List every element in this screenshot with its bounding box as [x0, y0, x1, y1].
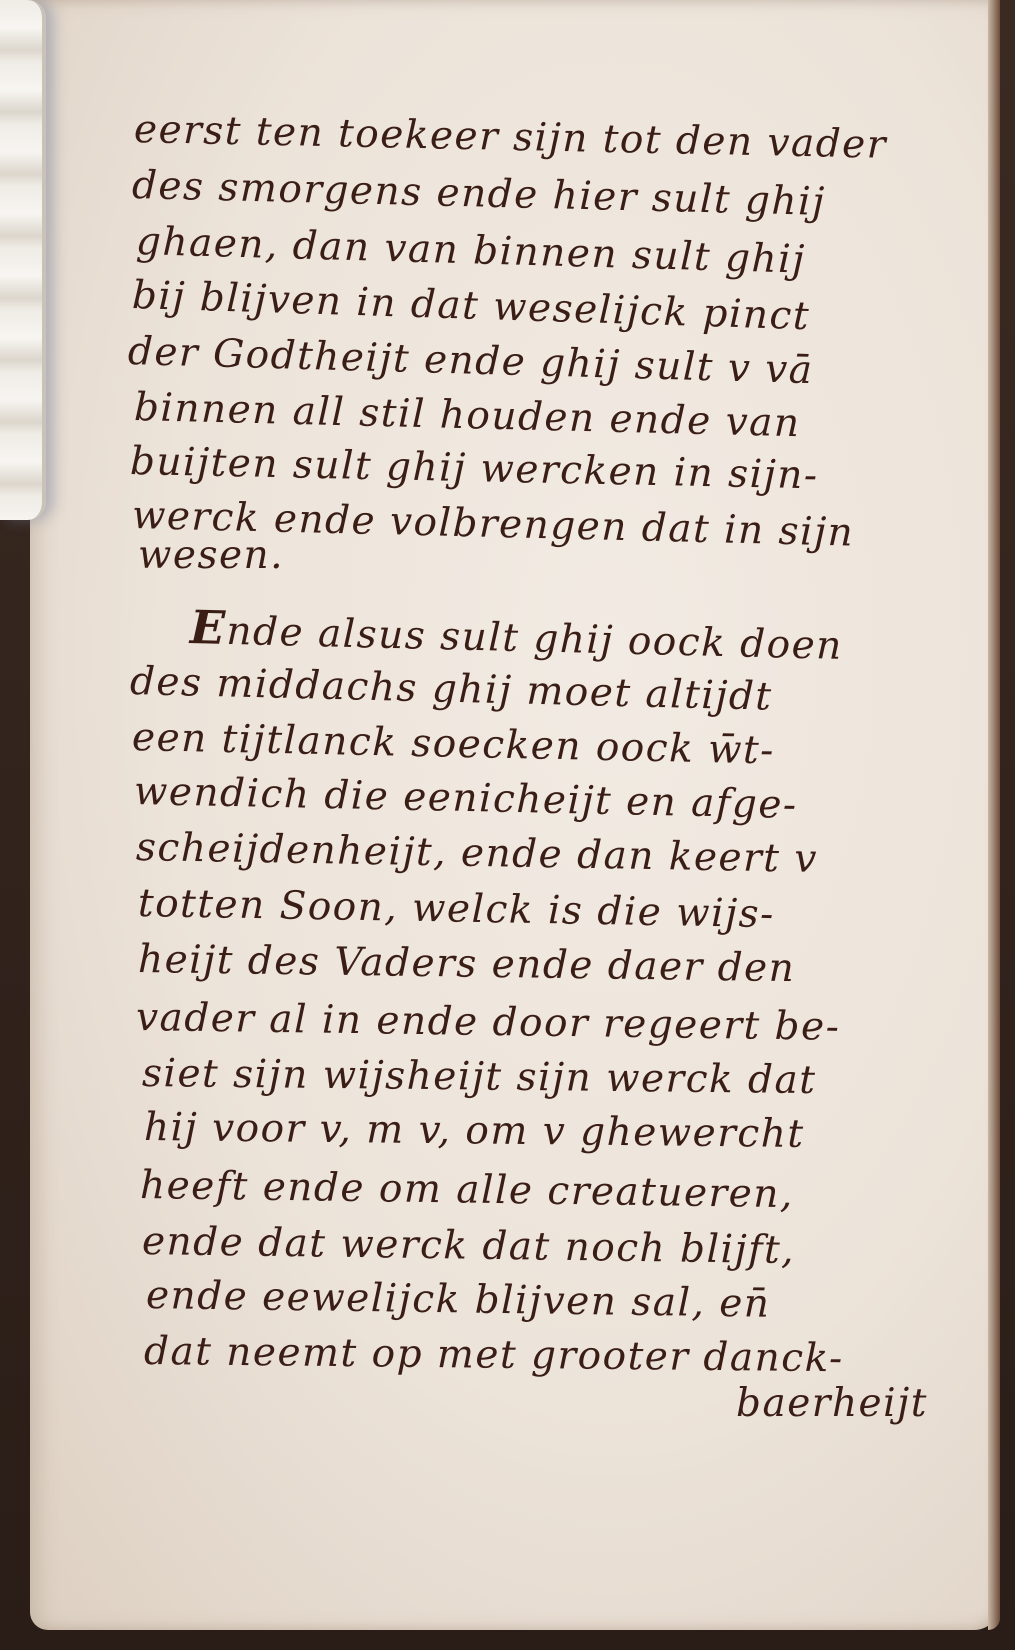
manuscript-line: siet sijn wijsheijt sijn werck dat — [142, 1054, 817, 1100]
manuscript-line: Ende alsus sult ghij oock doen — [189, 604, 843, 666]
manuscript-line: der Godtheijt ende ghij sult v vā — [127, 332, 814, 390]
manuscript-line: ende dat werck dat noch blijft, — [142, 1222, 796, 1270]
manuscript-line: scheijdenheijt, ende dan keert v — [136, 828, 818, 879]
manuscript-line: bij blijven in dat weselijck pinct — [131, 276, 810, 336]
manuscript-line: ghaen, dan van binnen sult ghij — [135, 222, 806, 280]
binding-cord — [0, 0, 46, 520]
manuscript-line: heijt des Vaders ende daer den — [138, 940, 796, 988]
manuscript-line: ende eewelijck blijven sal, en̄ — [146, 1276, 771, 1324]
manuscript-line: totten Soon, welck is die wijs- — [138, 884, 776, 934]
manuscript-line: dat neemt op met grooter danck- — [144, 1332, 844, 1378]
manuscript-line: een tijtlanck soecken oock w̄t- — [132, 718, 776, 770]
manuscript-line: heeft ende om alle creatueren, — [140, 1166, 794, 1214]
manuscript-line: buijten sult ghij wercken in sijn- — [130, 442, 819, 495]
manuscript-line: des middachs ghij moet altijdt — [130, 662, 773, 717]
manuscript-line: wendich die eenicheijt en afge- — [134, 772, 798, 825]
manuscript-line: des smorgens ende hier sult ghij — [132, 166, 827, 222]
manuscript-line: hij voor v, m v, om v ghewercht — [144, 1108, 805, 1154]
page-edge — [988, 0, 1000, 1630]
manuscript-line: wesen. — [138, 536, 284, 575]
decorated-initial: E — [189, 600, 227, 655]
manuscript-line: eerst ten toekeer sijn tot den vader — [134, 110, 888, 165]
manuscript-page: eerst ten toekeer sijn tot den vaderdes … — [30, 0, 1000, 1630]
manuscript-line: baerheijt — [736, 1384, 928, 1423]
manuscript-line: vader al in ende door regeert be- — [136, 998, 841, 1047]
manuscript-line: binnen all stil houden ende van — [134, 388, 801, 443]
